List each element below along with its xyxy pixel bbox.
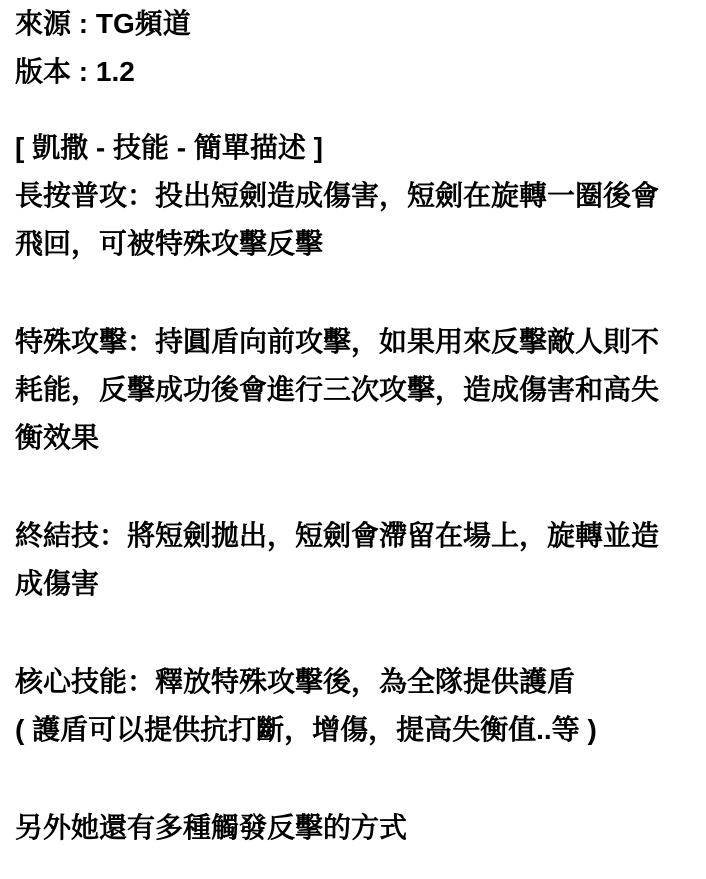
text-line: 核心技能：釋放特殊攻擊後，為全隊提供護盾	[15, 658, 696, 706]
source-line: 來源 : TG頻道	[15, 0, 696, 48]
text-line: 衡效果	[15, 414, 696, 462]
paragraph-skill-basic-attack: [ 凱撒 - 技能 - 簡單描述 ] 長按普攻：投出短劍造成傷害，短劍在旋轉一圈…	[15, 124, 696, 268]
text-line: 特殊攻擊：持圓盾向前攻擊，如果用來反擊敵人則不	[15, 318, 696, 366]
text-line: 飛回，可被特殊攻擊反擊	[15, 220, 696, 268]
document-page: 來源 : TG頻道 版本 : 1.2 [ 凱撒 - 技能 - 簡單描述 ] 長按…	[0, 0, 706, 879]
text-line: 耗能，反擊成功後會進行三次攻擊，造成傷害和高失	[15, 366, 696, 414]
text-line: 終結技：將短劍拋出，短劍會滯留在場上，旋轉並造	[15, 512, 696, 560]
paragraph-skill-special-attack: 特殊攻擊：持圓盾向前攻擊，如果用來反擊敵人則不 耗能，反擊成功後會進行三次攻擊，…	[15, 318, 696, 462]
version-line: 版本 : 1.2	[15, 48, 696, 96]
paragraph-note-counter-methods: 另外她還有多種觸發反擊的方式	[15, 804, 696, 852]
document-body: 來源 : TG頻道 版本 : 1.2 [ 凱撒 - 技能 - 簡單描述 ] 長按…	[0, 0, 706, 852]
paragraph-skill-core-passive: 核心技能：釋放特殊攻擊後，為全隊提供護盾 ( 護盾可以提供抗打斷，增傷，提高失衡…	[15, 658, 696, 754]
text-line: ( 護盾可以提供抗打斷，增傷，提高失衡值..等 )	[15, 706, 696, 754]
text-line: 成傷害	[15, 560, 696, 608]
text-line: 長按普攻：投出短劍造成傷害，短劍在旋轉一圈後會	[15, 172, 696, 220]
paragraph-meta: 來源 : TG頻道 版本 : 1.2	[15, 0, 696, 96]
text-line: 另外她還有多種觸發反擊的方式	[15, 804, 696, 852]
paragraph-skill-ultimate: 終結技：將短劍拋出，短劍會滯留在場上，旋轉並造 成傷害	[15, 512, 696, 608]
section-header: [ 凱撒 - 技能 - 簡單描述 ]	[15, 124, 696, 172]
